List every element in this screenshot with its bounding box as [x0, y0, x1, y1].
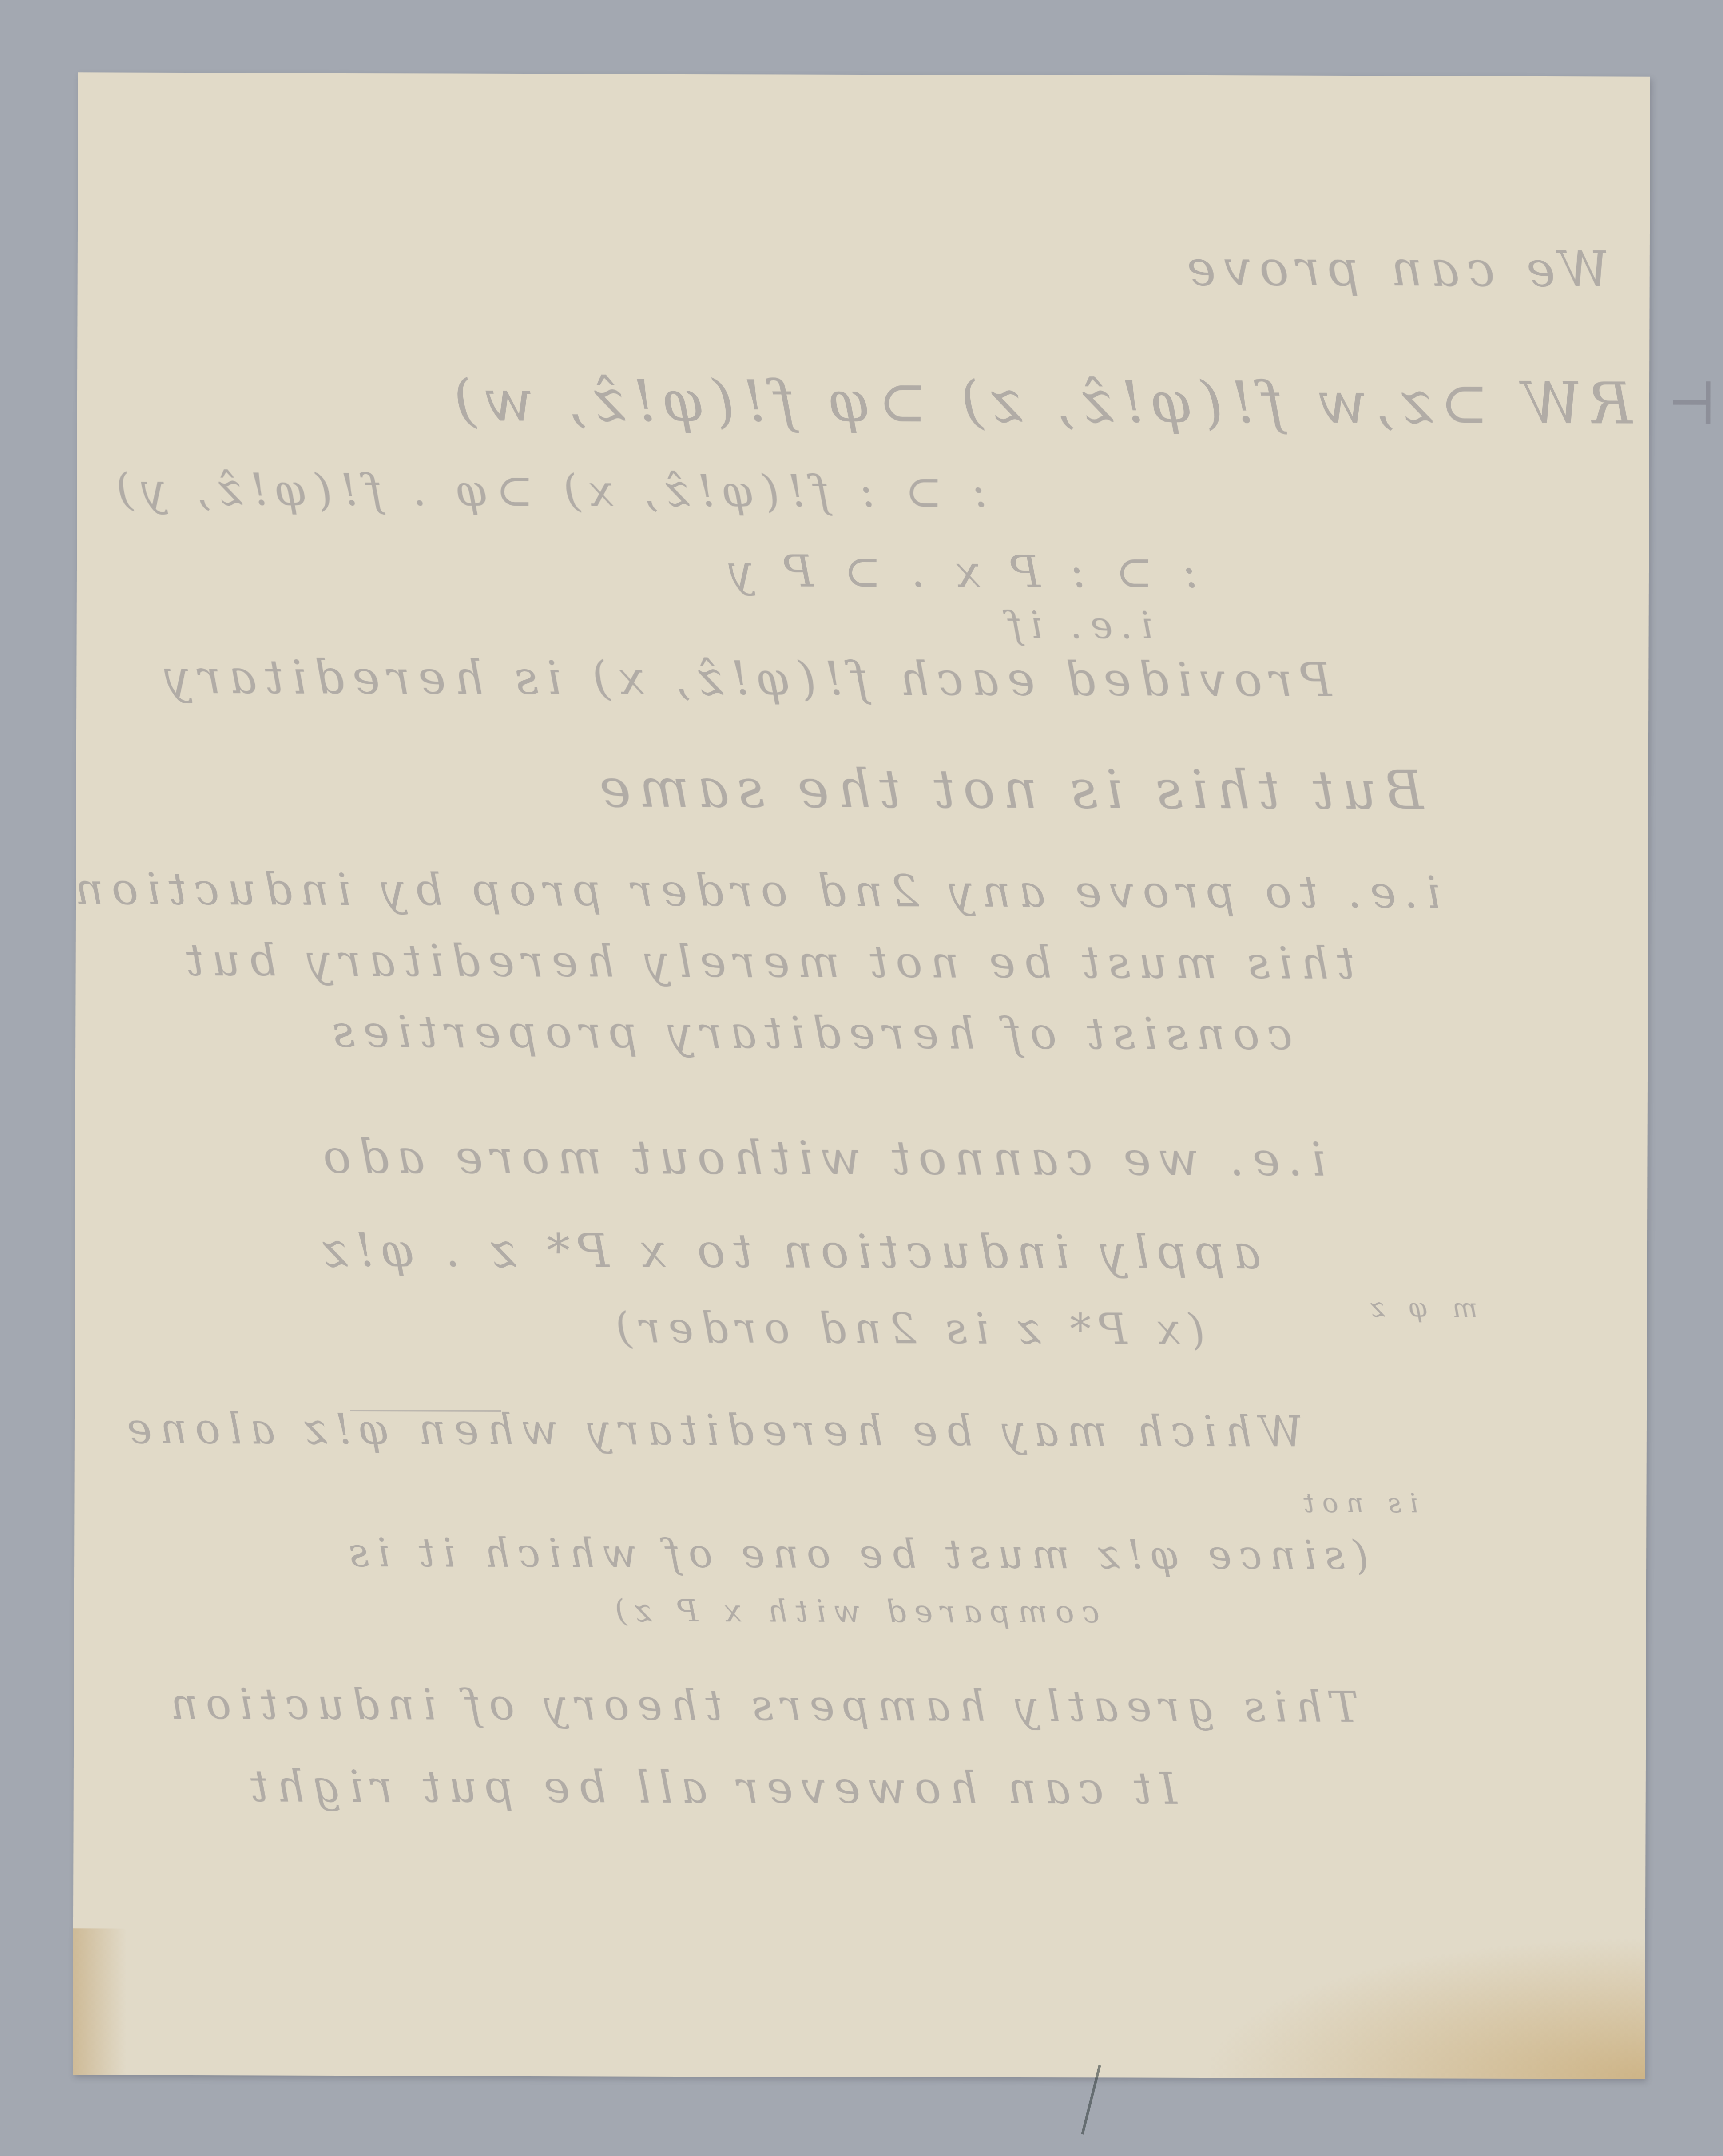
handwritten-line: It can however all be put right [242, 1760, 1177, 1815]
handwritten-line: : ⊃ : P x . ⊃ P y [721, 545, 1198, 598]
handwritten-line: compared with x P z) [607, 1593, 1100, 1630]
handwritten-line: (since φ!z must be one of which it is [341, 1530, 1369, 1579]
handwritten-line: But this is not the same [592, 757, 1424, 821]
handwritten-line: ⊢ RW ⊃z,w f!(φ!ẑ, z) ⊃φ f!(φ!ẑ, w) [446, 367, 1717, 437]
handwritten-line: is not [1295, 1488, 1418, 1519]
handwritten-line: consist of hereditary properties [324, 1006, 1293, 1060]
manuscript-sheet: We can prove ⊢ RW ⊃z,w f!(φ!ẑ, z) ⊃φ f!(… [73, 72, 1650, 2079]
handwritten-line: We can prove [1179, 240, 1610, 298]
handwritten-line: i.e. if [1000, 603, 1153, 648]
handwritten-line: i.e. we cannot without more ado [315, 1130, 1326, 1187]
mirrored-text-layer: We can prove ⊢ RW ⊃z,w f!(φ!ẑ, z) ⊃φ f!(… [73, 72, 1650, 2079]
handwritten-line: Provided each f!(φ!ẑ, x) is hereditary [156, 650, 1332, 707]
handwritten-line: (x P* z is 2nd order) [607, 1304, 1205, 1355]
handwritten-line: : ⊃ : f!(φ!ẑ, x) ⊃φ . f!(φ!ẑ, y) [108, 464, 987, 518]
handwritten-line: Which may be hereditary when φ!z alone [119, 1405, 1303, 1457]
handwritten-line: This greatly hampers theory of induction [163, 1680, 1358, 1732]
handwritten-line: this must be not merely hereditary but [178, 934, 1355, 989]
handwritten-line: i.e. to prove any 2nd order prop by indu… [67, 863, 1441, 918]
handwritten-margin-note: m φ z [1363, 1292, 1478, 1324]
handwritten-line: apply induction to x P* z . φ!z [315, 1223, 1261, 1280]
